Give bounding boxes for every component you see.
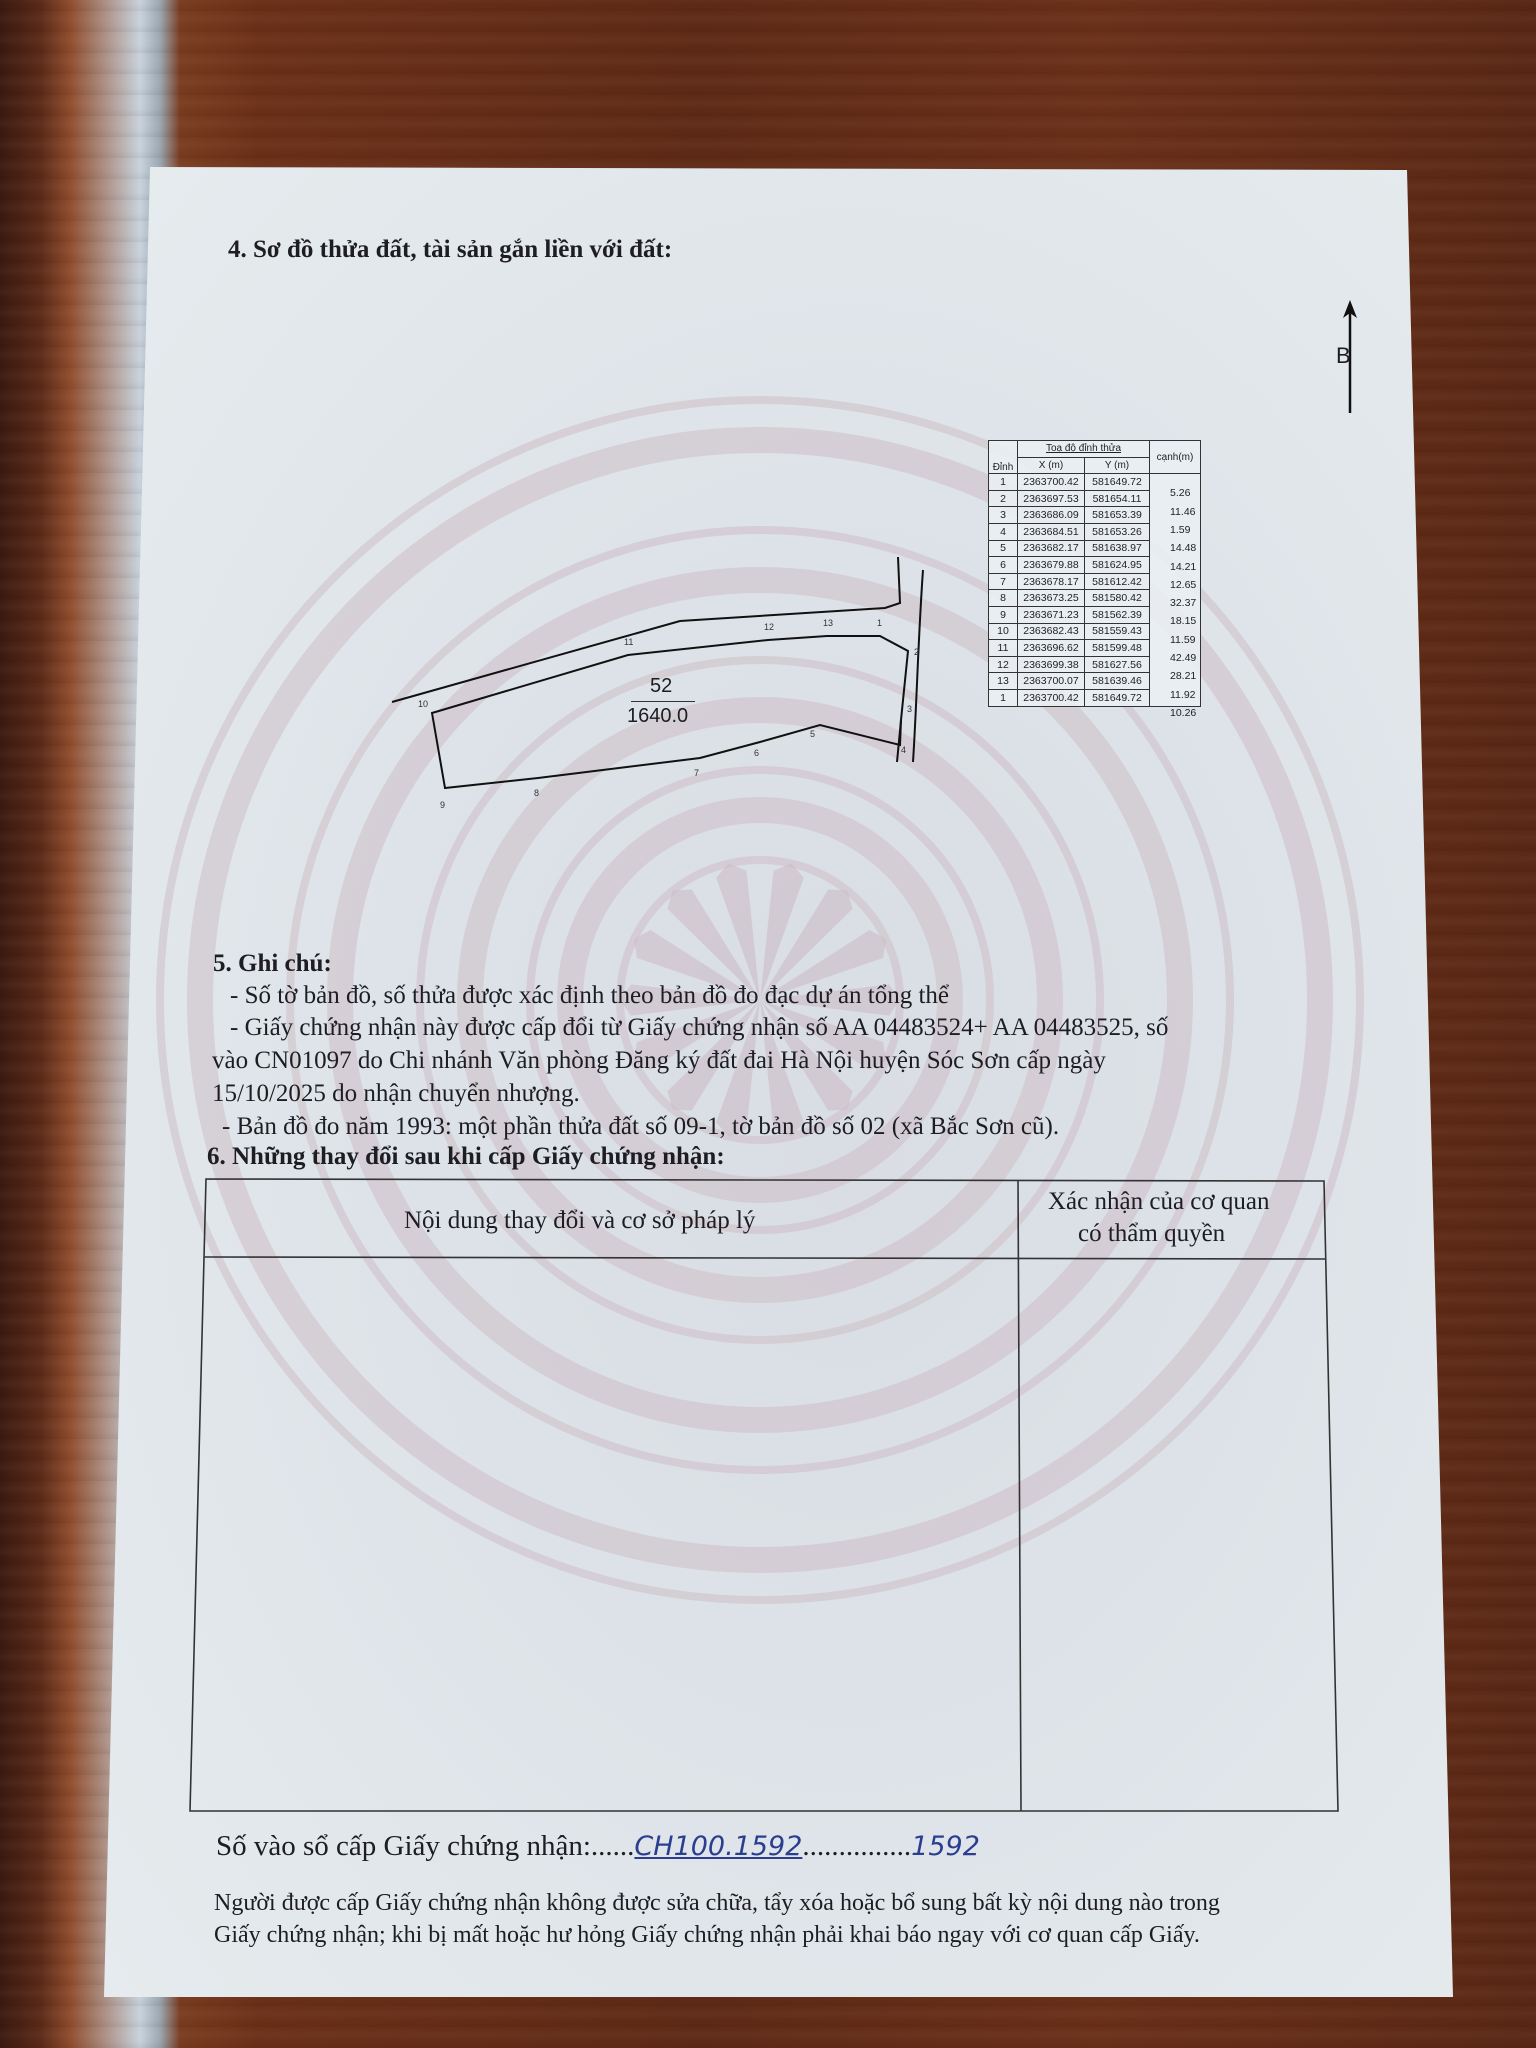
footer-note-line-1: Người được cấp Giấy chứng nhận không đượ… bbox=[214, 1890, 1220, 1917]
registry-handwritten-value: CH100.1592 bbox=[634, 1831, 802, 1862]
registry-dots: ...... bbox=[591, 1830, 635, 1862]
changes-col1-header: Nội dung thay đổi và cơ sở pháp lý bbox=[404, 1205, 755, 1237]
registry-dots-2: ............... bbox=[802, 1830, 911, 1862]
land-certificate-page: 4. Sơ đồ thửa đất, tài sản gắn liền với … bbox=[0, 0, 1536, 2048]
changes-col2-header-1: Xác nhận của cơ quan bbox=[1048, 1186, 1269, 1218]
authority-confirmation-cell bbox=[1024, 1262, 1330, 1807]
registry-line: Số vào sổ cấp Giấy chứng nhận:......CH10… bbox=[216, 1830, 980, 1863]
registry-handwritten-suffix: 1592 bbox=[911, 1831, 980, 1862]
footer-note-line-2: Giấy chứng nhận; khi bị mất hoặc hư hỏng… bbox=[214, 1922, 1200, 1949]
changes-content-cell bbox=[210, 1262, 1016, 1807]
changes-col2-header-2: có thẩm quyền bbox=[1078, 1218, 1225, 1250]
registry-label: Số vào sổ cấp Giấy chứng nhận: bbox=[216, 1830, 591, 1862]
